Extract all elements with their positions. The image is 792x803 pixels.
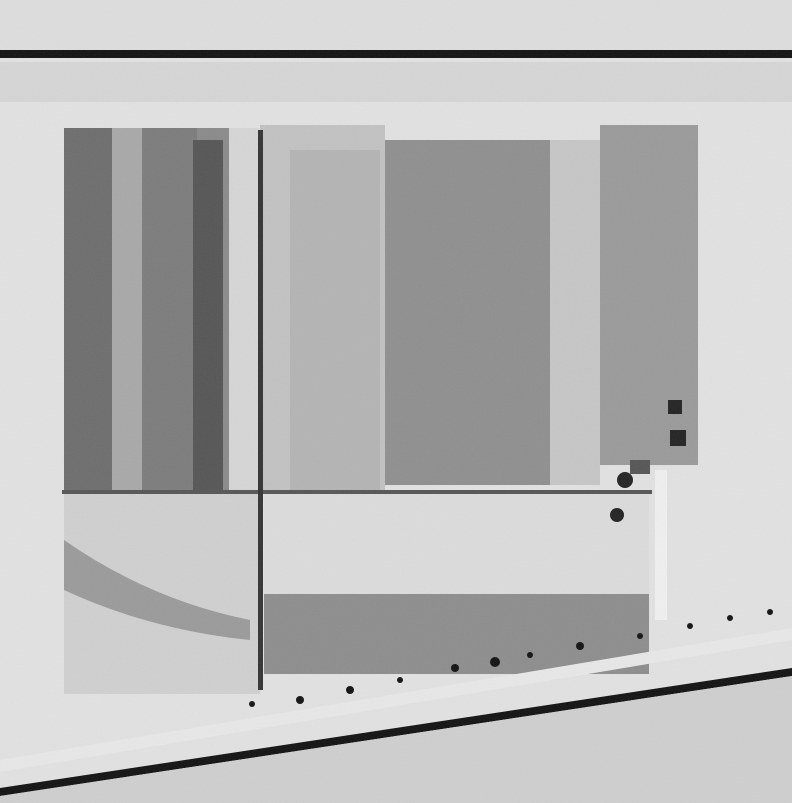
aerial-photo	[0, 0, 792, 803]
aerial-scene	[0, 0, 792, 803]
